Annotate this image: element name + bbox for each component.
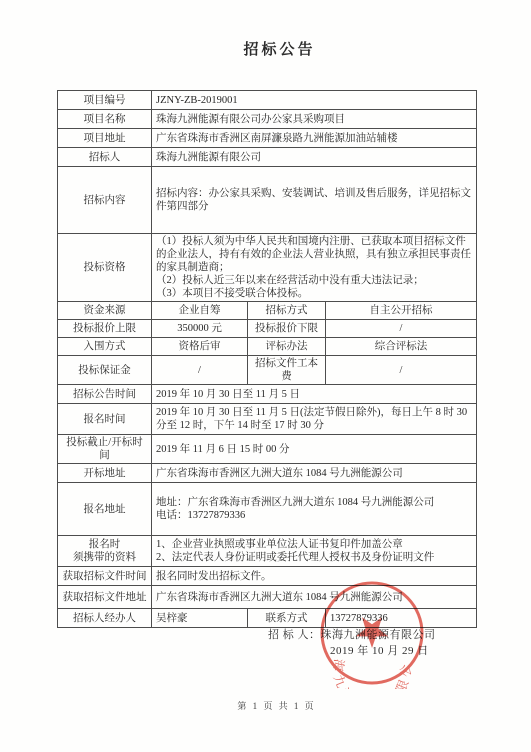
row-value: 自主公开招标 (326, 302, 477, 320)
row-label: 联系方式 (248, 609, 326, 628)
row-value: 珠海九洲能源有限公司 (152, 148, 477, 167)
material-item: 2、法定代表人身份证明或委托代理人授权书及身份证明文件 (156, 551, 472, 564)
row-value: 广东省珠海市香洲区南屏濂泉路九洲能源加油站辅楼 (152, 129, 477, 148)
row-value: 13727879336 (326, 609, 477, 628)
qualification-item: （3）本项目不接受联合体投标。 (156, 287, 472, 300)
table-row: 招标人 珠海九洲能源有限公司 (58, 148, 477, 167)
row-value: 2019 年 10 月 30 日至 11 月 5 日 (152, 385, 477, 404)
table-row: 开标地址 广东省珠海市香洲区九洲大道东 1084 号九洲能源公司 (58, 464, 477, 483)
row-label: 开标地址 (58, 464, 152, 483)
row-value: （1）投标人须为中华人民共和国境内注册、已获取本项目招标文件的企业法人，持有有效… (152, 234, 477, 302)
row-value: 广东省珠海市香洲区九洲大道东 1084 号九洲能源公司 (152, 464, 477, 483)
row-value: 综合评标法 (326, 338, 477, 356)
row-value: 2019 年 11 月 6 日 15 时 00 分 (152, 435, 477, 464)
table-row: 招标内容 招标内容：办公家具采购、安装调试、培训及售后服务，详见招标文件第四部分 (58, 167, 477, 234)
row-label: 项目名称 (58, 110, 152, 129)
row-label: 投标截止/开标时间 (58, 435, 152, 464)
row-value: 地址：广东省珠海市香洲区九洲大道东 1084 号九洲能源公司 电话：137278… (152, 483, 477, 536)
signature-block: 招 标 人：珠海九洲能源有限公司 2019 年 10 月 29 日 (268, 627, 436, 659)
page-title: 招标公告 (14, 38, 531, 59)
row-value: 吴梓豪 (152, 609, 248, 628)
row-label: 报名时间 (58, 404, 152, 435)
tenderer-name: 珠海九洲能源有限公司 (321, 629, 436, 641)
phone-line: 电话：13727879336 (156, 509, 472, 522)
tender-table: 项目编号 JZNY-ZB-2019001 项目名称 珠海九洲能源有限公司办公家具… (57, 90, 477, 628)
table-row: 项目名称 珠海九洲能源有限公司办公家具采购项目 (58, 110, 477, 129)
table-row: 招标公告时间 2019 年 10 月 30 日至 11 月 5 日 (58, 385, 477, 404)
row-label: 招标公告时间 (58, 385, 152, 404)
material-item: 1、企业营业执照或事业单位法人证书复印件加盖公章 (156, 538, 472, 551)
row-label: 招标文件工本费 (248, 356, 326, 385)
row-label: 资金来源 (58, 302, 152, 320)
row-value: 报名同时发出招标文件。 (152, 567, 477, 586)
page-number: 第 1 页 共 1 页 (11, 699, 531, 712)
table-row: 投标报价上限 350000 元 投标报价下限 / (58, 320, 477, 338)
table-row: 招标人经办人 吴梓豪 联系方式 13727879336 (58, 609, 477, 628)
row-label: 投标保证金 (58, 356, 152, 385)
row-label: 投标报价下限 (248, 320, 326, 338)
row-value: 350000 元 (152, 320, 248, 338)
row-label: 报名时 须携带的资料 (58, 536, 152, 567)
row-label: 招标方式 (248, 302, 326, 320)
row-value: / (326, 356, 477, 385)
row-value: / (152, 356, 248, 385)
row-label: 项目编号 (58, 91, 152, 110)
row-label: 招标人经办人 (58, 609, 152, 628)
row-label: 获取招标文件地址 (58, 586, 152, 609)
table-row: 报名时间 2019 年 10 月 30 日至 11 月 5 日(法定节假日除外)… (58, 404, 477, 435)
table-row: 项目地址 广东省珠海市香洲区南屏濂泉路九洲能源加油站辅楼 (58, 129, 477, 148)
row-value: JZNY-ZB-2019001 (152, 91, 477, 110)
table-row: 获取招标文件时间 报名同时发出招标文件。 (58, 567, 477, 586)
row-value: 资格后审 (152, 338, 248, 356)
row-value: 珠海九洲能源有限公司办公家具采购项目 (152, 110, 477, 129)
row-label: 投标资格 (58, 234, 152, 302)
row-label: 项目地址 (58, 129, 152, 148)
qualification-item: （1）投标人须为中华人民共和国境内注册、已获取本项目招标文件的企业法人，持有有效… (156, 235, 472, 274)
row-value: 招标内容：办公家具采购、安装调试、培训及售后服务，详见招标文件第四部分 (152, 167, 477, 234)
row-value: 2019 年 10 月 30 日至 11 月 5 日(法定节假日除外)，每日上午… (152, 404, 477, 435)
row-label: 评标办法 (248, 338, 326, 356)
table-row: 投标保证金 / 招标文件工本费 / (58, 356, 477, 385)
table-row: 报名时 须携带的资料 1、企业营业执照或事业单位法人证书复印件加盖公章 2、法定… (58, 536, 477, 567)
document-page: 招标公告 项目编号 JZNY-ZB-2019001 项目名称 珠海九洲能源有限公… (0, 0, 531, 752)
row-label: 报名地址 (58, 483, 152, 536)
qualification-item: （2）投标人近三年以来在经营活动中没有重大违法记录； (156, 274, 472, 287)
row-value: 企业自筹 (152, 302, 248, 320)
row-label: 获取招标文件时间 (58, 567, 152, 586)
row-label: 入围方式 (58, 338, 152, 356)
row-label: 招标内容 (58, 167, 152, 234)
address-line: 地址：广东省珠海市香洲区九洲大道东 1084 号九洲能源公司 (156, 496, 472, 509)
table-row: 项目编号 JZNY-ZB-2019001 (58, 91, 477, 110)
table-row: 资金来源 企业自筹 招标方式 自主公开招标 (58, 302, 477, 320)
row-value: / (326, 320, 477, 338)
tenderer-line: 招 标 人：珠海九洲能源有限公司 (268, 627, 436, 643)
row-value: 广东省珠海市香洲区九洲大道东 1084 号九洲能源公司 (152, 586, 477, 609)
table-row: 投标截止/开标时间 2019 年 11 月 6 日 15 时 00 分 (58, 435, 477, 464)
signature-date: 2019 年 10 月 29 日 (330, 643, 436, 659)
table-row: 报名地址 地址：广东省珠海市香洲区九洲大道东 1084 号九洲能源公司 电话：1… (58, 483, 477, 536)
table-row: 获取招标文件地址 广东省珠海市香洲区九洲大道东 1084 号九洲能源公司 (58, 586, 477, 609)
table-row: 入围方式 资格后审 评标办法 综合评标法 (58, 338, 477, 356)
tenderer-label: 招 标 人： (268, 629, 321, 641)
row-label: 投标报价上限 (58, 320, 152, 338)
row-value: 1、企业营业执照或事业单位法人证书复印件加盖公章 2、法定代表人身份证明或委托代… (152, 536, 477, 567)
table-row: 投标资格 （1）投标人须为中华人民共和国境内注册、已获取本项目招标文件的企业法人… (58, 234, 477, 302)
row-label: 招标人 (58, 148, 152, 167)
